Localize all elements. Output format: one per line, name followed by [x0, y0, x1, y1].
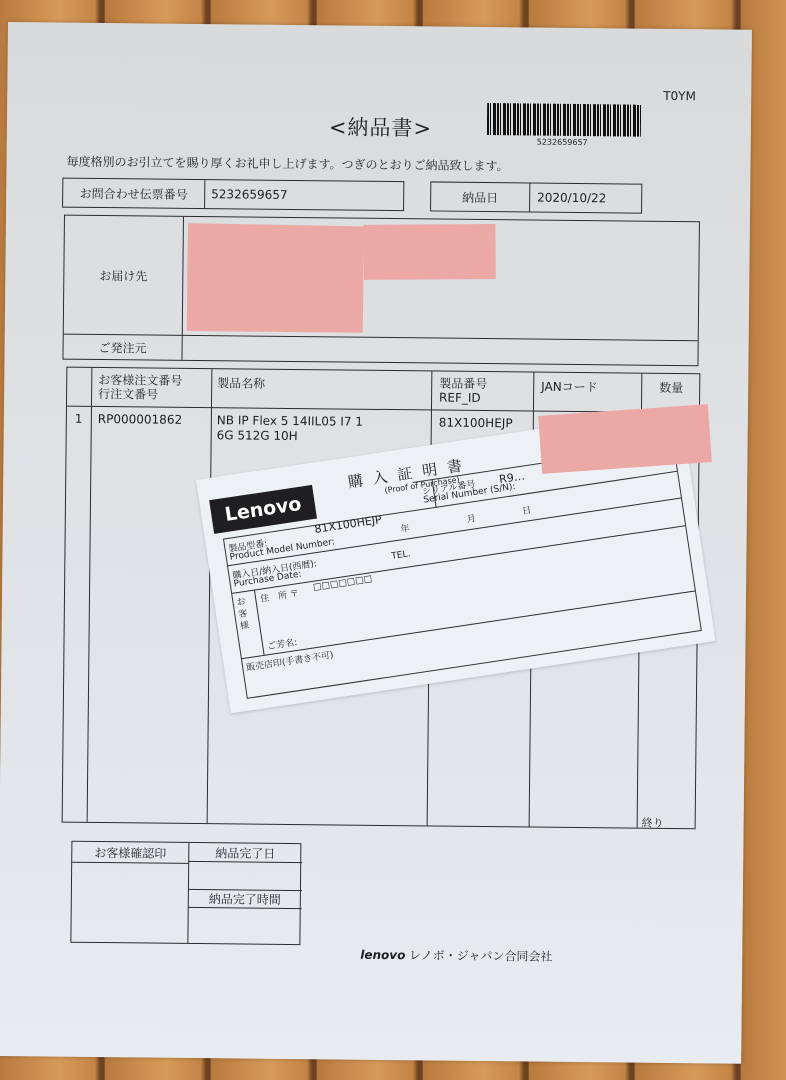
barcode: [487, 103, 641, 137]
company-name: レノボ・ジャパン合同会社: [409, 948, 552, 963]
row-line-number: 1: [75, 412, 83, 426]
lenovo-logo-text: lenovo: [360, 948, 405, 962]
completion-time-label: 納品完了時間: [188, 889, 302, 908]
document-code: T0YM: [663, 89, 696, 103]
inquiry-number-label: お問合わせ伝票番号: [63, 179, 204, 208]
delivery-date-value: 2020/10/22: [537, 191, 606, 206]
document-title: <納品書>: [329, 111, 433, 142]
orderer-label: ご発注元: [63, 334, 181, 361]
end-mark: 終り: [642, 815, 664, 831]
footer-company: lenovo レノボ・ジャパン合同会社: [360, 946, 552, 965]
row-order-number: RP000001862: [98, 412, 182, 427]
barcode-number: 5232659657: [537, 138, 588, 148]
day-label: 日: [521, 503, 532, 517]
redaction-sticker: [363, 224, 495, 280]
delivery-date-box: 納品日 2020/10/22: [430, 181, 642, 213]
inquiry-number-box: お問合わせ伝票番号 5232659657: [62, 178, 404, 212]
delivery-date-label: 納品日: [431, 182, 529, 211]
month-label: 月: [466, 511, 477, 525]
redaction-sticker: [187, 278, 364, 333]
row-product-name: NB IP Flex 5 14IIL05 I7 1 6G 512G 10H: [217, 413, 363, 445]
row-product-number: 81X100HEJP: [439, 416, 513, 431]
completion-date-label: 納品完了日: [188, 843, 302, 862]
column-header-product-name: 製品名称: [217, 374, 265, 392]
redaction-sticker: [538, 404, 712, 474]
column-header-jan: JANコード: [541, 378, 598, 396]
column-header-quantity: 数量: [659, 379, 683, 396]
ship-to-label: お届け先: [64, 216, 183, 335]
confirmation-box: お客様確認印 納品完了日 納品完了時間: [70, 841, 301, 945]
inquiry-number-value: 5232659657: [211, 187, 288, 202]
greeting-text: 毎度格別のお引立てを賜り厚くお礼申し上げます。つぎのとおりご納品致します。: [66, 153, 508, 175]
column-header-product-number: 製品番号 REF_ID: [439, 377, 487, 406]
redaction-sticker: [187, 223, 364, 282]
column-header-order-number: お客様注文番号 行注文番号: [98, 373, 182, 402]
year-label: 年: [400, 521, 411, 535]
customer-stamp-label: お客様確認印: [72, 842, 188, 863]
